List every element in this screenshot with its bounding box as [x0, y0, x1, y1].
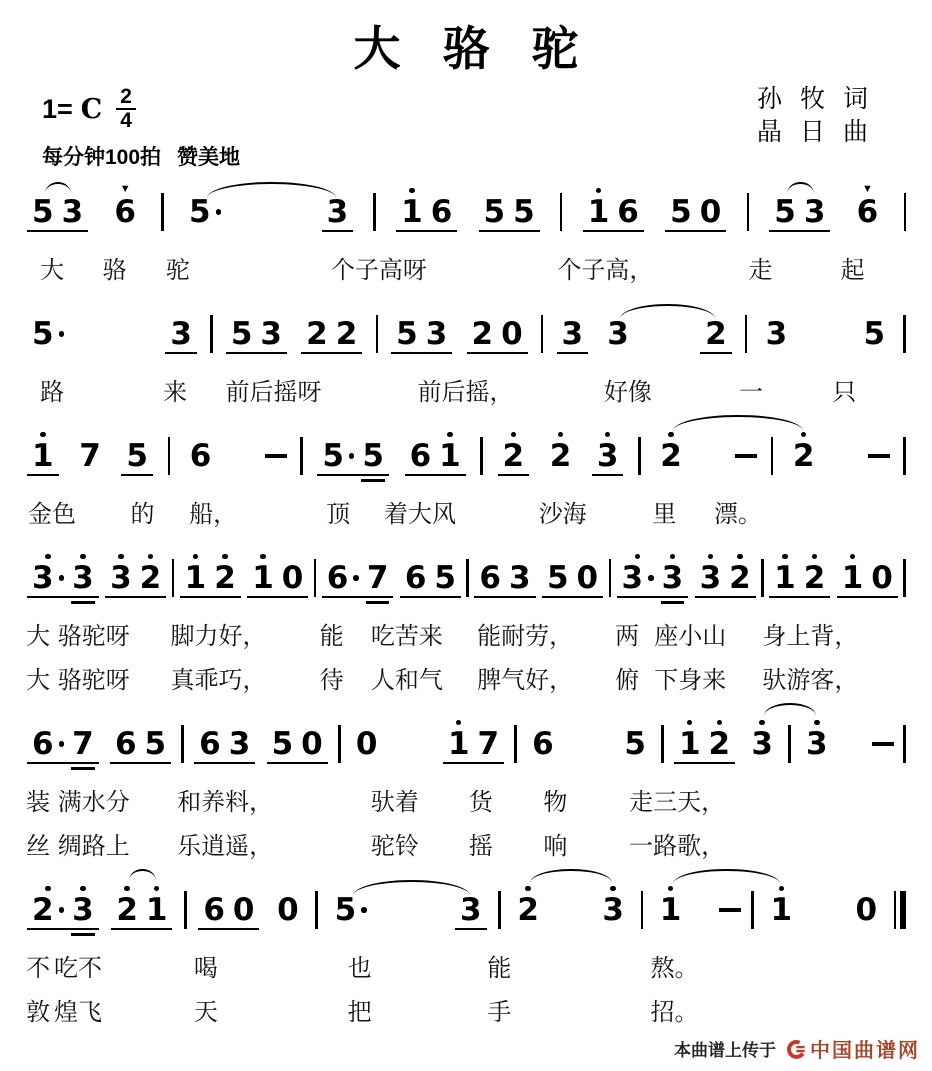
note-digit-row: 3 — [751, 727, 773, 761]
melody-row: 53▼6531655165053▼6 — [26, 180, 906, 244]
dash-extension — [735, 454, 757, 458]
lyric-syllable: 漂。 — [714, 494, 762, 529]
lyric-syllable: 顶 — [326, 494, 350, 529]
note-digit: 1 — [32, 439, 54, 473]
site-name: 中国曲谱网 — [810, 1034, 920, 1063]
note-digit: 0 — [577, 561, 599, 595]
lyric-syllable: 也 — [348, 948, 372, 983]
octave-dot — [193, 554, 199, 560]
note: 2 — [660, 424, 682, 473]
note-digit: 6 — [431, 195, 453, 229]
note-marks — [40, 424, 46, 439]
barline — [560, 193, 563, 231]
note-digit: 5 — [670, 195, 692, 229]
note: 6 — [203, 878, 225, 927]
note: 3 — [806, 712, 828, 761]
note-digit-row: 6 — [32, 727, 64, 761]
note: 3 — [509, 546, 531, 595]
note-digit: 1 — [660, 893, 682, 927]
note-digit-row: 1 — [771, 893, 793, 927]
final-bar-thin — [894, 891, 897, 929]
beam-group: ▼6 — [851, 180, 885, 229]
note-digit: 6 — [199, 727, 221, 761]
note-digit-row: 3 — [72, 561, 94, 595]
note-marks — [511, 424, 517, 439]
note-marks — [456, 712, 462, 727]
lyric-syllable: 不 — [26, 948, 50, 983]
note: 2 — [116, 878, 138, 927]
lyric-syllable: 把 — [348, 992, 372, 1027]
note: 3 — [662, 546, 684, 595]
note-digit: 1 — [439, 439, 461, 473]
lyric-syllable: 大 — [26, 616, 50, 651]
note: 5 — [864, 302, 886, 351]
note-digit-row: 7 — [72, 727, 94, 761]
lyric-syllable: 货 — [469, 782, 493, 817]
note: 6 — [431, 180, 453, 229]
expression-text: 赞美地 — [177, 146, 240, 169]
beam-group: 10 — [246, 546, 309, 595]
note-digit-row: 2 — [32, 893, 64, 927]
note-marks — [80, 546, 86, 561]
note: 5 — [547, 546, 569, 595]
note-digit: 7 — [367, 561, 389, 595]
note-digit-row: 5 — [322, 439, 354, 473]
barline — [609, 559, 612, 597]
barline — [376, 315, 379, 353]
score-line: 1756556122322金色的船，顶着大风沙海里漂。 — [0, 424, 932, 532]
note-digit: 3 — [607, 317, 629, 351]
time-signature: 2 4 — [116, 86, 136, 132]
note-digit-row: 6 — [405, 561, 427, 595]
augmentation-dot — [59, 907, 65, 913]
melody-row: 535322532033235 — [26, 302, 906, 366]
note-marks — [447, 424, 453, 439]
lyric-syllable: 煌飞 — [54, 992, 102, 1027]
note-digit: 2 — [503, 439, 525, 473]
lyric-syllable: 驮游客， — [762, 660, 858, 695]
lyric-syllable: 一路歌， — [629, 826, 725, 861]
note-digit-row: 1 — [401, 195, 423, 229]
note-digit: 1 — [588, 195, 610, 229]
note-digit: 2 — [793, 439, 815, 473]
note: 1 — [252, 546, 274, 595]
note: 2 — [804, 546, 826, 595]
note-digit: 0 — [871, 561, 893, 595]
note-digit: 5 — [547, 561, 569, 595]
note-digit-row: 5 — [231, 317, 253, 351]
barline — [788, 725, 791, 763]
octave-dot — [118, 554, 124, 560]
note-digit: 5 — [32, 317, 54, 351]
note-digit-row: 5 — [624, 727, 646, 761]
octave-dot — [605, 432, 611, 438]
note-digit-row: 6 — [203, 893, 225, 927]
beam-group: 53 — [225, 302, 288, 351]
note: 2 — [306, 302, 328, 351]
note: 1 — [842, 546, 864, 595]
octave-dot — [596, 188, 602, 194]
note-digit-row: 3 — [426, 317, 448, 351]
note-digit-row: 3 — [607, 317, 629, 351]
beam-group: 5 — [26, 302, 70, 351]
note-marks — [193, 546, 199, 561]
note: 6 — [327, 546, 359, 595]
beam-group: 16 — [582, 180, 645, 229]
note-digit: 5 — [145, 727, 167, 761]
note-marks — [670, 546, 676, 561]
note-digit-row: 5 — [32, 195, 54, 229]
beam-group: 67 — [321, 546, 395, 595]
note: 2 — [472, 302, 494, 351]
note-digit: 2 — [116, 893, 138, 927]
lyric-syllable: 走 — [748, 250, 772, 285]
beam-group: 33 — [616, 546, 690, 595]
octave-dot — [635, 554, 641, 560]
barline — [641, 891, 644, 929]
note-digit-row: 5 — [362, 439, 384, 473]
note: 2 — [140, 546, 162, 595]
augmentation-dot — [59, 331, 65, 337]
octave-dot — [409, 188, 415, 194]
note-digit-row: 5 — [513, 195, 535, 229]
note-marks — [80, 878, 86, 893]
note: 3 — [602, 878, 624, 927]
note-digit: 5 — [513, 195, 535, 229]
note-digit: 5 — [624, 727, 646, 761]
note-marks — [782, 546, 788, 561]
note-marks — [668, 878, 674, 893]
note-digit: 3 — [62, 195, 84, 229]
note-digit-row: 2 — [306, 317, 328, 351]
note-digit: 6 — [617, 195, 639, 229]
octave-dot — [45, 554, 51, 560]
note-digit-row: 3 — [766, 317, 788, 351]
note-digit: 3 — [602, 893, 624, 927]
note: 5 — [189, 180, 221, 229]
note: 5 — [231, 302, 253, 351]
lyric-syllable: 一 — [739, 372, 763, 407]
note: 0 — [301, 712, 323, 761]
beam-group: 2 — [544, 424, 578, 473]
beam-group: 3 — [745, 712, 779, 761]
octave-dot — [814, 720, 820, 726]
note-digit: 5 — [362, 439, 384, 473]
note-digit-row: 3 — [806, 727, 828, 761]
note-marks — [409, 180, 415, 195]
note-marks — [668, 424, 674, 439]
note-marks — [717, 712, 723, 727]
lyric-syllable: 脚力好， — [171, 616, 267, 651]
note: 6 — [405, 546, 427, 595]
beam-group: 3 — [800, 712, 834, 761]
beam-group: 60 — [197, 878, 260, 927]
note: 2 — [503, 424, 525, 473]
note-digit-row: 3 — [62, 195, 84, 229]
note-digit-row: 6 — [115, 727, 137, 761]
key-tonic: C — [81, 94, 103, 125]
barline — [751, 891, 754, 929]
beam-group: 17 — [442, 712, 505, 761]
octave-dot — [80, 554, 86, 560]
lyric-syllable: 走三天， — [629, 782, 725, 817]
note: 1 — [774, 546, 796, 595]
barline — [314, 559, 317, 597]
note-marks — [850, 546, 856, 561]
note-digit: 1 — [185, 561, 207, 595]
note-marks — [260, 546, 266, 561]
note: 1 — [660, 878, 682, 927]
note-digit: 0 — [277, 893, 299, 927]
note-marks — [45, 878, 51, 893]
octave-dot — [812, 554, 818, 560]
note: 0 — [356, 712, 378, 761]
note-digit-row: 3 — [509, 561, 531, 595]
octave-dot — [456, 720, 462, 726]
lyric-syllable: 丝 — [26, 826, 50, 861]
note-marks — [605, 424, 611, 439]
octave-dot — [447, 432, 453, 438]
lyric-syllable: 装 — [26, 782, 50, 817]
beam-group: 3 — [321, 180, 355, 229]
lyric-syllable: 骆驼呀 — [58, 616, 130, 651]
note: 5 — [362, 424, 384, 473]
octave-dot — [511, 432, 517, 438]
beam-group: 5 — [120, 424, 154, 473]
note-digit-row: 2 — [472, 317, 494, 351]
octave-dot — [717, 720, 723, 726]
note-digit-row: 3 — [562, 317, 584, 351]
note: 3 — [426, 302, 448, 351]
note-digit: 5 — [32, 195, 54, 229]
score-line: 53▼6531655165053▼6大骆驼个子高呀个子高，走起 — [0, 180, 932, 288]
note-digit-row: 6 — [327, 561, 359, 595]
augmentation-dot — [216, 209, 222, 215]
lyric-syllable: 前后摇， — [418, 372, 514, 407]
note-digit-row: 3 — [229, 727, 251, 761]
note-digit: 6 — [32, 727, 54, 761]
lyric-syllable: 吃不 — [54, 948, 102, 983]
lyric-syllable: 满水分 — [58, 782, 130, 817]
note: 3 — [562, 302, 584, 351]
note-digit-row: 2 — [116, 893, 138, 927]
note-digit-row: 2 — [793, 439, 815, 473]
note-digit: 2 — [729, 561, 751, 595]
note-digit-row: 3 — [597, 439, 619, 473]
lyric-syllable: 天 — [194, 992, 218, 1027]
note: 5 — [335, 878, 367, 927]
slur-arc — [673, 869, 781, 884]
lyrics-row: 大骆驼呀真乖巧，待人和气脾气好，俯下身来驮游客， — [0, 654, 932, 698]
note-digit: 5 — [126, 439, 148, 473]
lyric-syllable: 和养料， — [177, 782, 273, 817]
note-digit: 6 — [532, 727, 554, 761]
barline — [903, 315, 906, 353]
tempo-line: 每分钟100拍赞美地 — [42, 141, 256, 171]
note-digit-row: 5 — [32, 317, 64, 351]
note: 0 — [855, 878, 877, 927]
note-digit-row: 3 — [110, 561, 132, 595]
lyric-syllable: 待 — [320, 660, 344, 695]
beam-group: 2 — [497, 424, 531, 473]
note: 7 — [367, 546, 389, 595]
note: 1 — [401, 180, 423, 229]
note: 0 — [233, 878, 255, 927]
note-digit-row: 3 — [32, 561, 64, 595]
octave-dot — [779, 886, 785, 892]
note: 2 — [729, 546, 751, 595]
note-marks — [708, 546, 714, 561]
lyric-syllable: 沙海 — [539, 494, 587, 529]
barline — [161, 193, 164, 231]
note-digit-row: 2 — [550, 439, 572, 473]
note-digit-row: 6 — [199, 727, 221, 761]
lyrics-row: 大骆驼呀脚力好，能吃苦来能耐劳，两座小山身上背， — [0, 610, 932, 654]
note-digit: 3 — [700, 561, 722, 595]
note-digit-row: 1 — [842, 561, 864, 595]
note-marks — [148, 546, 154, 561]
augmentation-dot — [648, 575, 654, 581]
barline — [466, 559, 469, 597]
beam-group: 5 — [618, 712, 652, 761]
note: 2 — [32, 878, 64, 927]
barline — [172, 559, 175, 597]
note-digit-row: 1 — [439, 439, 461, 473]
note-digit-row: 6 — [479, 561, 501, 595]
note-marks — [45, 546, 51, 561]
footer: 本曲谱上传于 中国曲谱网 — [674, 1034, 920, 1063]
note-marks — [812, 546, 818, 561]
note-digit: 3 — [426, 317, 448, 351]
note-digit: 2 — [804, 561, 826, 595]
barline — [373, 193, 376, 231]
note: 3 — [751, 712, 773, 761]
octave-dot — [670, 554, 676, 560]
note-digit: 2 — [472, 317, 494, 351]
note-digit-row: 6 — [190, 439, 212, 473]
octave-dot — [124, 886, 130, 892]
lyric-syllable: 驼铃 — [371, 826, 419, 861]
note-digit-row: 2 — [336, 317, 358, 351]
note-digit-row: 0 — [301, 727, 323, 761]
note-digit-row: 1 — [448, 727, 470, 761]
note-digit-row: 1 — [588, 195, 610, 229]
lyric-syllable: 里 — [652, 494, 676, 529]
note: 1 — [32, 424, 54, 473]
note-digit: 5 — [484, 195, 506, 229]
melody-row: 1756556122322 — [26, 424, 906, 488]
score: 53▼6531655165053▼6大骆驼个子高呀个子高，走起535322532… — [0, 176, 932, 1030]
note-digit: 7 — [72, 727, 94, 761]
beam-group: 2 — [654, 424, 688, 473]
sheet-music-page: { "page": {"background": "#ffffff", "ink… — [0, 0, 932, 1071]
barline — [338, 725, 341, 763]
octave-dot — [782, 554, 788, 560]
note: 6 — [532, 712, 554, 761]
beam-group: 33 — [26, 546, 100, 595]
note-digit: 0 — [356, 727, 378, 761]
note-digit-row: 6 — [532, 727, 554, 761]
note-digit-row: 2 — [705, 317, 727, 351]
note-digit-row: 6 — [857, 195, 879, 229]
lyrics-row: 大骆驼个子高呀个子高，走起 — [0, 244, 932, 288]
beam-group: 6 — [184, 424, 218, 473]
lyric-syllable: 驼 — [166, 250, 190, 285]
octave-dot — [850, 554, 856, 560]
note: 7 — [79, 424, 101, 473]
beam-group: 12 — [673, 712, 736, 761]
note: 5 — [513, 180, 535, 229]
barline — [747, 193, 750, 231]
lyric-syllable: 大 — [40, 250, 64, 285]
note-digit: 1 — [842, 561, 864, 595]
qupu-site-logo-icon — [784, 1038, 806, 1060]
lyric-syllable: 物 — [543, 782, 567, 817]
note: 3 — [607, 302, 629, 351]
note-marks — [779, 878, 785, 893]
beam-group: 0 — [350, 712, 384, 761]
beam-group: 12 — [768, 546, 831, 595]
melody-row: 333212106765635033321210 — [26, 546, 906, 610]
barline — [903, 559, 906, 597]
note-digit-row: 3 — [460, 893, 482, 927]
note-digit: 3 — [460, 893, 482, 927]
lyric-syllable: 熬。 — [651, 948, 699, 983]
note-digit: 0 — [855, 893, 877, 927]
beam-group: 3 — [454, 878, 488, 927]
note-marks — [687, 712, 693, 727]
lyric-syllable: 身上背， — [762, 616, 858, 651]
note-digit: 1 — [448, 727, 470, 761]
note-digit: 6 — [190, 439, 212, 473]
note-digit-row: 5 — [396, 317, 418, 351]
barline — [904, 193, 907, 231]
tempo-text: 每分钟100拍 — [42, 146, 161, 169]
note: 2 — [214, 546, 236, 595]
note: 5 — [396, 302, 418, 351]
final-barline — [894, 891, 906, 929]
beam-group: 65 — [399, 546, 462, 595]
lyric-syllable: 路 — [40, 372, 64, 407]
note-digit: 2 — [705, 317, 727, 351]
barline — [903, 437, 906, 475]
lyric-syllable: 喝 — [194, 948, 218, 983]
note: 1 — [185, 546, 207, 595]
note-digit: 0 — [301, 727, 323, 761]
barline — [210, 315, 213, 353]
note-digit: 5 — [396, 317, 418, 351]
meter-denominator: 4 — [120, 110, 132, 132]
octave-dot — [260, 554, 266, 560]
beam-group: 67 — [26, 712, 100, 761]
note-digit: 6 — [410, 439, 432, 473]
note-marks — [596, 180, 602, 195]
barline — [771, 437, 774, 475]
note-digit-row: 1 — [32, 439, 54, 473]
note-digit-row: 5 — [126, 439, 148, 473]
beam-group: 23 — [26, 878, 100, 927]
barline — [300, 437, 303, 475]
note: 5 — [322, 424, 354, 473]
augmentation-dot — [353, 575, 359, 581]
note-digit: 0 — [282, 561, 304, 595]
lyric-syllable: 招。 — [651, 992, 699, 1027]
note-digit: 1 — [401, 195, 423, 229]
note-digit: 3 — [32, 561, 54, 595]
note-digit-row: 1 — [252, 561, 274, 595]
note-digit-row: 1 — [146, 893, 168, 927]
melody-row: 67656350017651233 — [26, 712, 906, 776]
